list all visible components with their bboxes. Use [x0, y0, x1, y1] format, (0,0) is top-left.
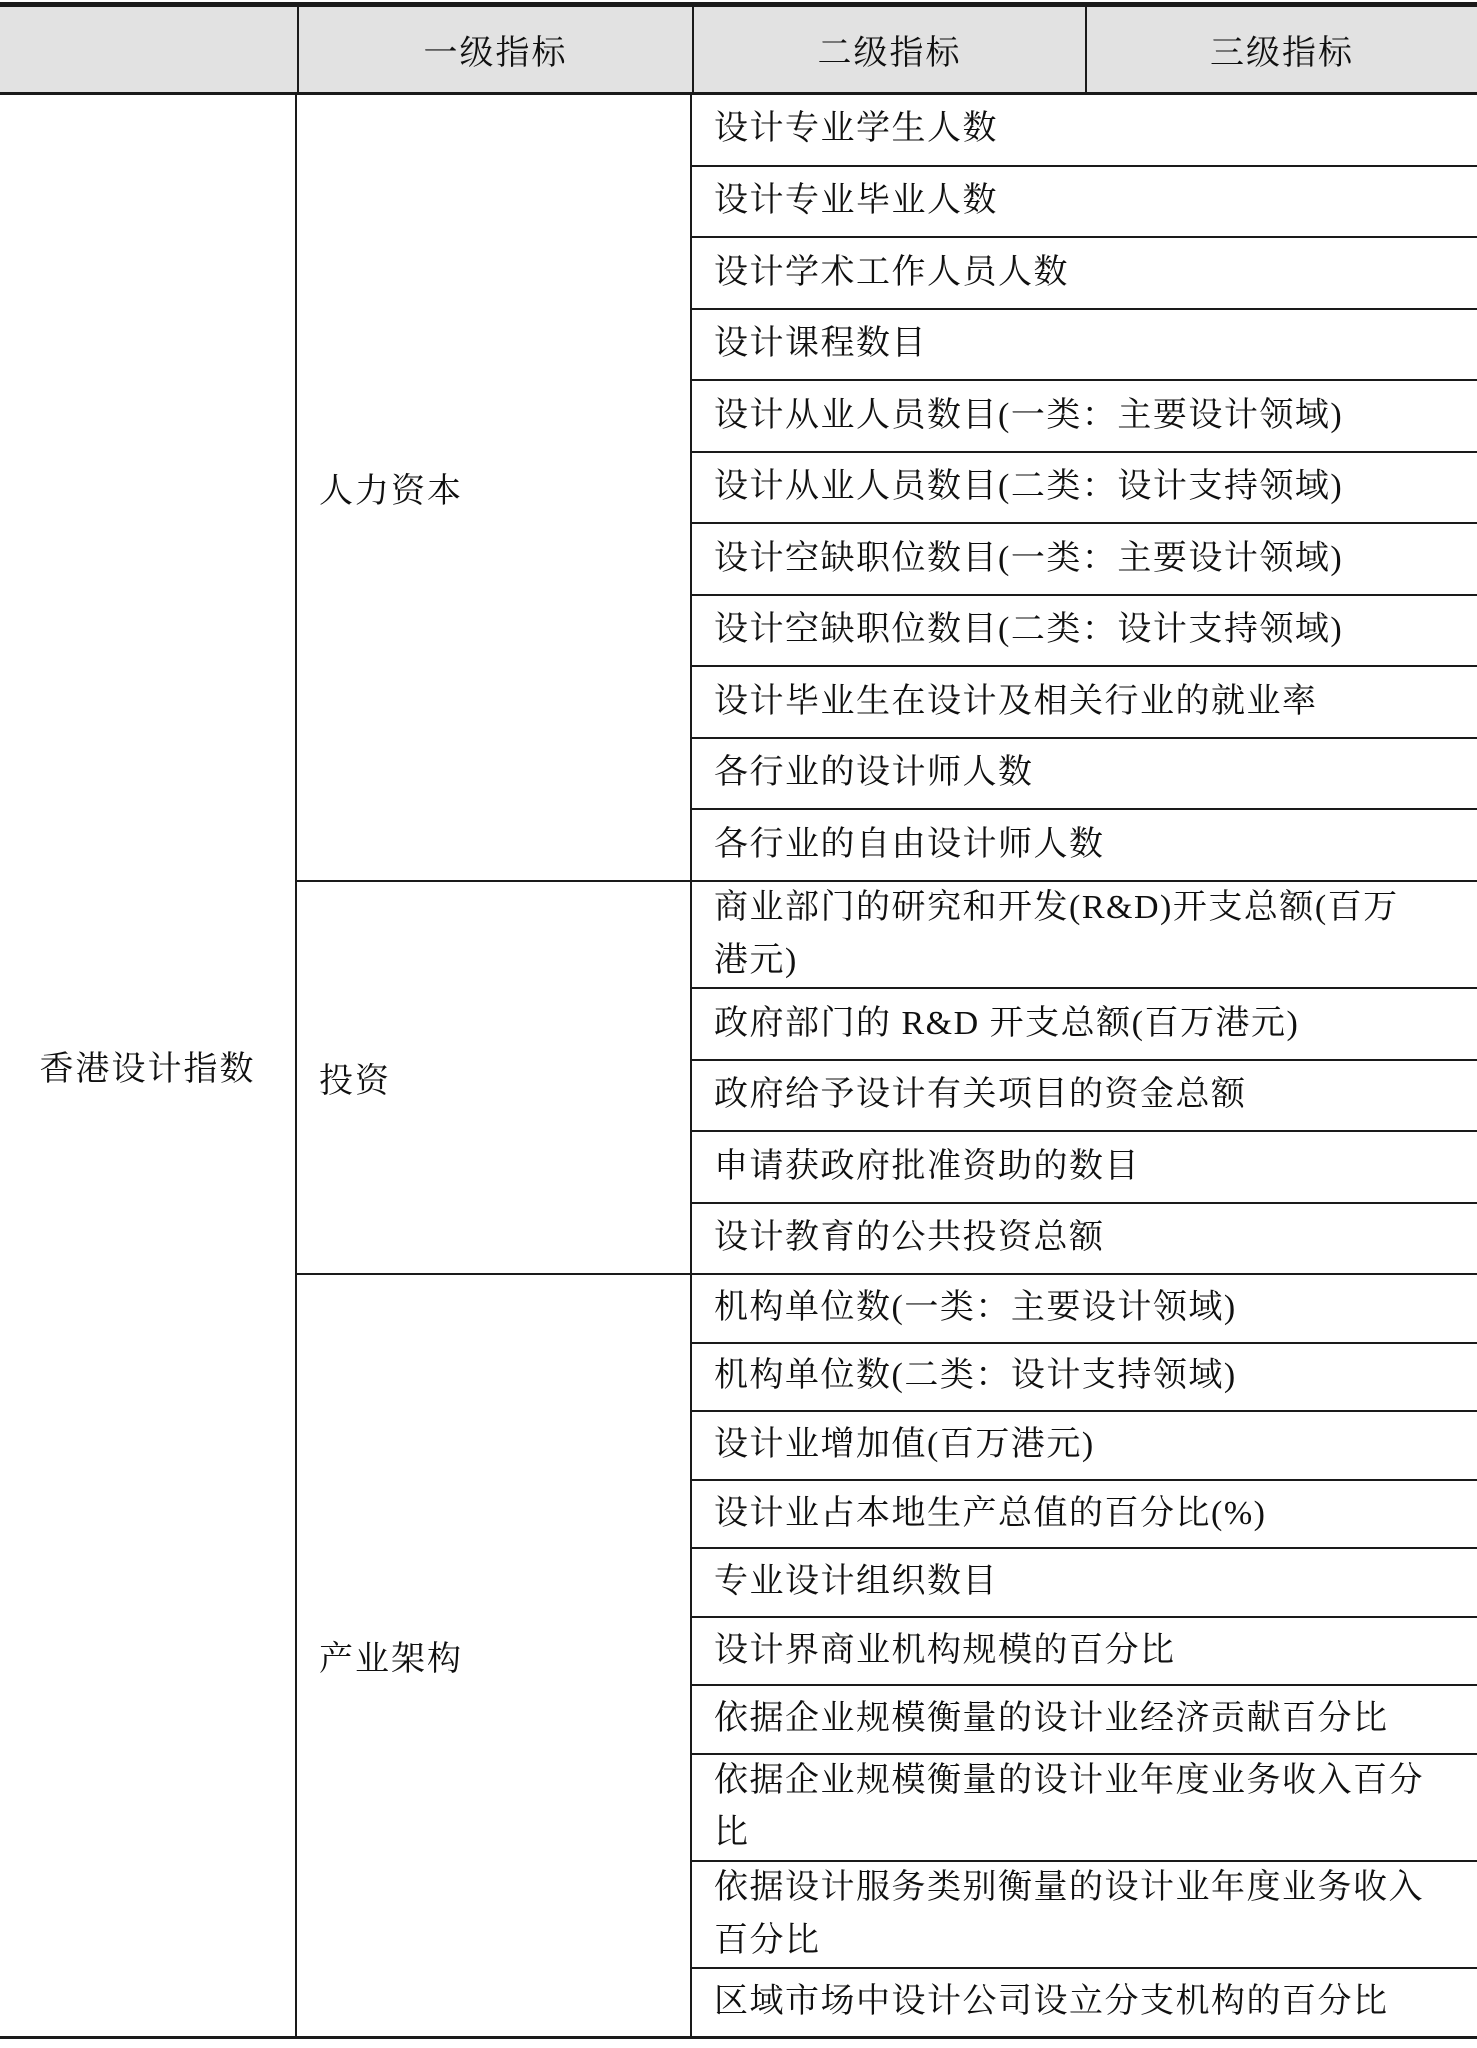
row-label: 设计从业人员数目(一类：主要设计领域)	[714, 390, 1343, 443]
row-label: 各行业的设计师人数	[714, 747, 1034, 800]
row-label: 设计课程数目	[714, 318, 927, 371]
section-label: 产业架构	[319, 1631, 463, 1680]
level1-column: 人力资本投资产业架构	[297, 95, 692, 2036]
table-row: 设计业占本地生产总值的百分比(%)	[692, 1481, 1477, 1550]
row-label: 区域市场中设计公司设立分支机构的百分比	[714, 1976, 1389, 2029]
section-label: 人力资本	[319, 463, 463, 512]
row-label: 设计学术工作人员人数	[714, 247, 1069, 300]
row-label: 各行业的自由设计师人数	[714, 819, 1105, 872]
table-header: 一级指标 二级指标 三级指标	[0, 7, 1477, 95]
section-cell: 人力资本	[297, 95, 690, 882]
table-row: 依据企业规模衡量的设计业年度业务收入百分比	[692, 1755, 1477, 1862]
row-label: 设计空缺职位数目(一类：主要设计领域)	[714, 533, 1343, 586]
table-row: 依据企业规模衡量的设计业经济贡献百分比	[692, 1686, 1477, 1755]
table-row: 设计业增加值(百万港元)	[692, 1412, 1477, 1481]
section-rows: 商业部门的研究和开发(R&D)开支总额(百万港元)政府部门的 R&D 开支总额(…	[692, 882, 1477, 1275]
table-row: 设计空缺职位数目(一类：主要设计领域)	[692, 524, 1477, 596]
table-row: 政府部门的 R&D 开支总额(百万港元)	[692, 989, 1477, 1060]
table-row: 依据设计服务类别衡量的设计业年度业务收入百分比	[692, 1862, 1477, 1969]
row-label: 设计从业人员数目(二类：设计支持领域)	[714, 461, 1343, 514]
row-label: 依据设计服务类别衡量的设计业年度业务收入百分比	[714, 1862, 1427, 1967]
row-label: 设计专业毕业人数	[714, 175, 998, 228]
row-label: 机构单位数(一类：主要设计领域)	[714, 1282, 1237, 1335]
row-label: 依据企业规模衡量的设计业经济贡献百分比	[714, 1693, 1389, 1746]
index-label: 香港设计指数	[40, 1041, 256, 1090]
row-label: 设计专业学生人数	[714, 103, 998, 156]
table-row: 设计空缺职位数目(二类：设计支持领域)	[692, 596, 1477, 668]
table-row: 设计从业人员数目(一类：主要设计领域)	[692, 381, 1477, 453]
header-cell-corner	[0, 7, 297, 92]
table-row: 设计毕业生在设计及相关行业的就业率	[692, 667, 1477, 739]
table-row: 机构单位数(二类：设计支持领域)	[692, 1344, 1477, 1413]
row-label: 专业设计组织数目	[714, 1556, 998, 1609]
table-row: 申请获政府批准资助的数目	[692, 1132, 1477, 1203]
table-body: 香港设计指数 人力资本投资产业架构 设计专业学生人数设计专业毕业人数设计学术工作…	[0, 95, 1477, 2036]
table-row: 商业部门的研究和开发(R&D)开支总额(百万港元)	[692, 882, 1477, 989]
section-cell: 投资	[297, 882, 690, 1275]
section-rows: 机构单位数(一类：主要设计领域)机构单位数(二类：设计支持领域)设计业增加值(百…	[692, 1275, 1477, 2036]
table-row: 设计专业学生人数	[692, 95, 1477, 167]
row-label: 设计毕业生在设计及相关行业的就业率	[714, 676, 1318, 729]
row-label: 依据企业规模衡量的设计业年度业务收入百分比	[714, 1755, 1427, 1860]
table-row: 设计课程数目	[692, 310, 1477, 382]
section-cell: 产业架构	[297, 1275, 690, 2036]
table-row: 专业设计组织数目	[692, 1549, 1477, 1618]
index-cell: 香港设计指数	[0, 95, 297, 2036]
header-cell-level1: 一级指标	[297, 7, 692, 92]
table-row: 设计教育的公共投资总额	[692, 1204, 1477, 1275]
row-label: 政府给予设计有关项目的资金总额	[714, 1069, 1247, 1122]
row-label: 商业部门的研究和开发(R&D)开支总额(百万港元)	[714, 882, 1427, 987]
table-row: 政府给予设计有关项目的资金总额	[692, 1061, 1477, 1132]
row-label: 申请获政府批准资助的数目	[714, 1141, 1140, 1194]
row-label: 机构单位数(二类：设计支持领域)	[714, 1350, 1237, 1403]
table-row: 各行业的自由设计师人数	[692, 810, 1477, 882]
table-row: 设计专业毕业人数	[692, 167, 1477, 239]
table-row: 区域市场中设计公司设立分支机构的百分比	[692, 1969, 1477, 2036]
row-label: 设计空缺职位数目(二类：设计支持领域)	[714, 604, 1343, 657]
section-label: 投资	[319, 1053, 391, 1102]
table-row: 设计学术工作人员人数	[692, 238, 1477, 310]
row-label: 设计教育的公共投资总额	[714, 1212, 1105, 1265]
table-row: 设计从业人员数目(二类：设计支持领域)	[692, 453, 1477, 525]
indicator-table-page: 一级指标 二级指标 三级指标 香港设计指数 人力资本投资产业架构 设计专业学生人…	[0, 0, 1477, 2048]
header-cell-level2: 二级指标	[692, 7, 1085, 92]
row-label: 设计业占本地生产总值的百分比(%)	[714, 1488, 1266, 1541]
row-label: 政府部门的 R&D 开支总额(百万港元)	[714, 998, 1299, 1051]
indicator-rows-column: 设计专业学生人数设计专业毕业人数设计学术工作人员人数设计课程数目设计从业人员数目…	[692, 95, 1477, 2036]
table-row: 机构单位数(一类：主要设计领域)	[692, 1275, 1477, 1344]
table-row: 各行业的设计师人数	[692, 739, 1477, 811]
row-label: 设计界商业机构规模的百分比	[714, 1625, 1176, 1678]
row-label: 设计业增加值(百万港元)	[714, 1419, 1095, 1472]
section-rows: 设计专业学生人数设计专业毕业人数设计学术工作人员人数设计课程数目设计从业人员数目…	[692, 95, 1477, 882]
table-bottom-border	[0, 2036, 1477, 2039]
header-cell-level3: 三级指标	[1085, 7, 1477, 92]
table-row: 设计界商业机构规模的百分比	[692, 1618, 1477, 1687]
